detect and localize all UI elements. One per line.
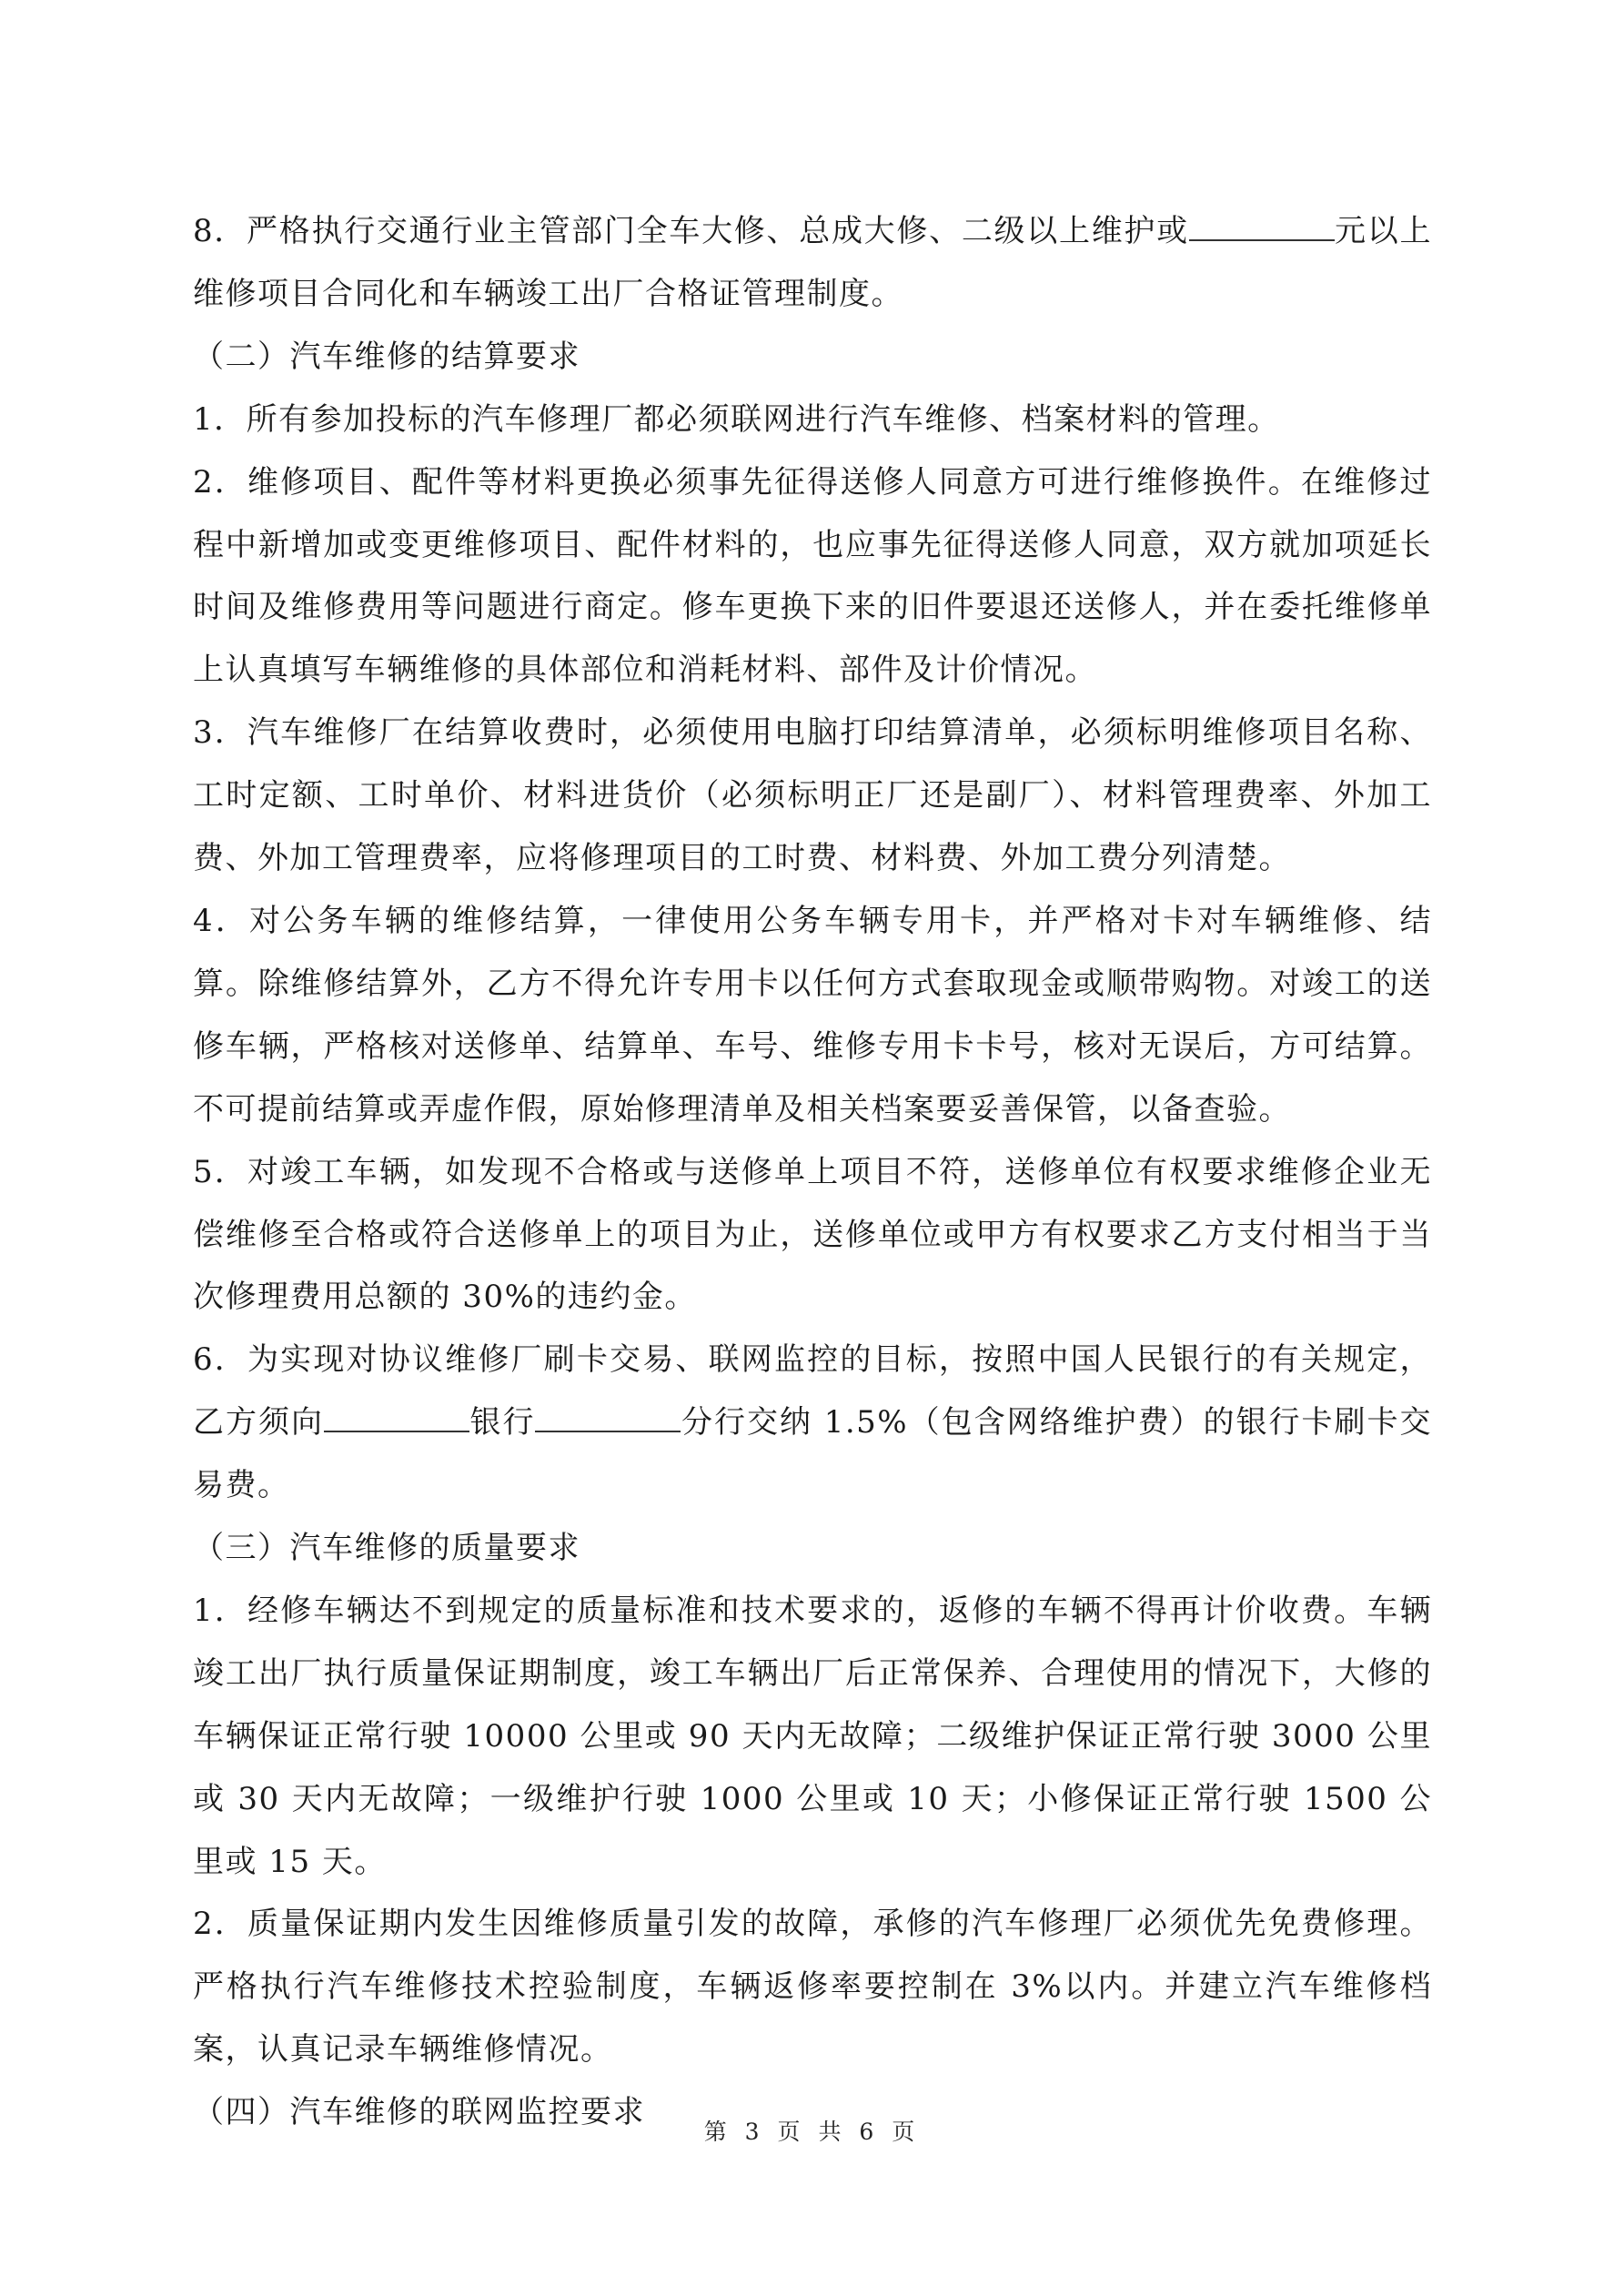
section-2-heading: （二）汽车维修的结算要求 (193, 326, 1432, 389)
amount-blank (1189, 212, 1335, 241)
branch-name-blank (535, 1403, 681, 1432)
section-2-item-4: 4．对公务车辆的维修结算，一律使用公务车辆专用卡，并严格对卡对车辆维修、结算。除… (193, 890, 1432, 1141)
item-6-part-a: 乙方须向 (193, 1404, 324, 1441)
bank-name-blank (324, 1403, 469, 1432)
item-6-line-1: 6．为实现对协议维修厂刷卡交易、联网监控的目标，按照中国人民银行的有关规定， (193, 1341, 1432, 1378)
section-2-item-3: 3．汽车维修厂在结算收费时，必须使用电脑打印结算清单，必须标明维修项目名称、工时… (193, 702, 1432, 890)
section-2-item-6: 6．为实现对协议维修厂刷卡交易、联网监控的目标，按照中国人民银行的有关规定，乙方… (193, 1329, 1432, 1517)
item-8-paragraph: 8．严格执行交通行业主管部门全车大修、总成大修、二级以上维护或元以上维修项目合同… (193, 200, 1432, 326)
item-6-part-b: 银行 (469, 1404, 535, 1441)
item-8-text-before: 8．严格执行交通行业主管部门全车大修、总成大修、二级以上维护或 (193, 213, 1189, 249)
section-3-heading: （三）汽车维修的质量要求 (193, 1517, 1432, 1580)
document-page: 8．严格执行交通行业主管部门全车大修、总成大修、二级以上维护或元以上维修项目合同… (193, 200, 1432, 2144)
section-3-item-1: 1．经修车辆达不到规定的质量标准和技术要求的，返修的车辆不得再计价收费。车辆竣工… (193, 1580, 1432, 1894)
section-2-item-1: 1．所有参加投标的汽车修理厂都必须联网进行汽车维修、档案材料的管理。 (193, 389, 1432, 451)
section-2-item-2: 2．维修项目、配件等材料更换必须事先征得送修人同意方可进行维修换件。在维修过程中… (193, 451, 1432, 703)
page-number-footer: 第 3 页 共 6 页 (0, 2114, 1624, 2147)
section-3-item-2: 2．质量保证期内发生因维修质量引发的故障，承修的汽车修理厂必须优先免费修理。严格… (193, 1893, 1432, 2081)
section-2-item-5: 5．对竣工车辆，如发现不合格或与送修单上项目不符，送修单位有权要求维修企业无偿维… (193, 1141, 1432, 1330)
